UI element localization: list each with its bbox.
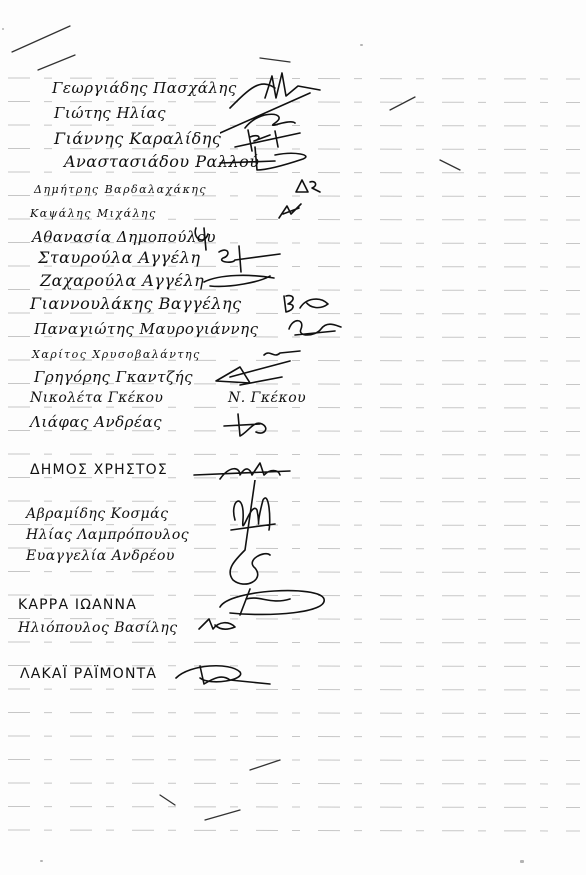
signatory-name: Γεωργιάδης Πασχάλης [52, 79, 237, 97]
signature [200, 268, 280, 290]
signature [285, 315, 345, 341]
scanned-signature-page: Γεωργιάδης Πασχάλης Γιώτης Ηλίας Γιάννης… [0, 0, 586, 875]
signature [275, 200, 305, 222]
signatory-name: Ζαχαρούλα Αγγέλη [40, 271, 204, 290]
signatory-name: Αθανασία Δημοπούλου [32, 228, 216, 246]
signature [225, 480, 285, 590]
signatory-name: Ηλιόπουλος Βασίλης [18, 620, 178, 636]
signatory-name: Γιώτης Ηλίας [54, 104, 166, 122]
signatory-name: Λιάφας Ανδρέας [30, 413, 162, 431]
signatory-name: Χαρίτος Χρυσοβαλάντης [32, 348, 201, 361]
signatory-name: Γιαννουλάκης Βαγγέλης [30, 294, 242, 313]
signature-text: Ν. Γκέκου [228, 390, 306, 406]
scan-speck [520, 860, 524, 863]
signatory-name: ΚΑΡΡΑ ΙΩΑΝΝΑ [18, 597, 137, 613]
signature [280, 288, 335, 316]
signature [210, 355, 300, 395]
signatory-name: Γιάννης Καραλίδης [54, 129, 221, 148]
signature [170, 660, 280, 690]
signatory-name: Παναγιώτης Μαυρογιάννης [34, 320, 259, 338]
signatory-name: Ηλίας Λαμπρόπουλος [26, 527, 189, 543]
signatory-name: ΛΑΚΑΪ ΡΑΪΜΟΝΤΑ [20, 666, 157, 682]
signatory-name: ΔΗΜΟΣ ΧΡΗΣΤΟΣ [30, 462, 168, 478]
signatory-name: Δημήτρης Βαρδαλαχάκης [34, 183, 207, 196]
signatory-name: Σταυρούλα Αγγέλη [38, 248, 200, 267]
signatory-name: Αβραμίδης Κοσμάς [26, 506, 168, 522]
signature [195, 615, 245, 635]
signatory-name: Καψάλης Μιχάλης [30, 207, 157, 220]
signatory-name: Νικολέτα Γκέκου [30, 390, 163, 406]
signatory-name: Ευαγγελία Ανδρέου [26, 548, 175, 564]
signature [292, 176, 324, 196]
signatory-name: Γρηγόρης Γκαντζής [34, 368, 193, 386]
scan-speck [360, 44, 363, 46]
signature [215, 145, 315, 175]
signature [220, 410, 280, 440]
scan-speck [40, 860, 43, 862]
scan-speck [2, 28, 4, 30]
